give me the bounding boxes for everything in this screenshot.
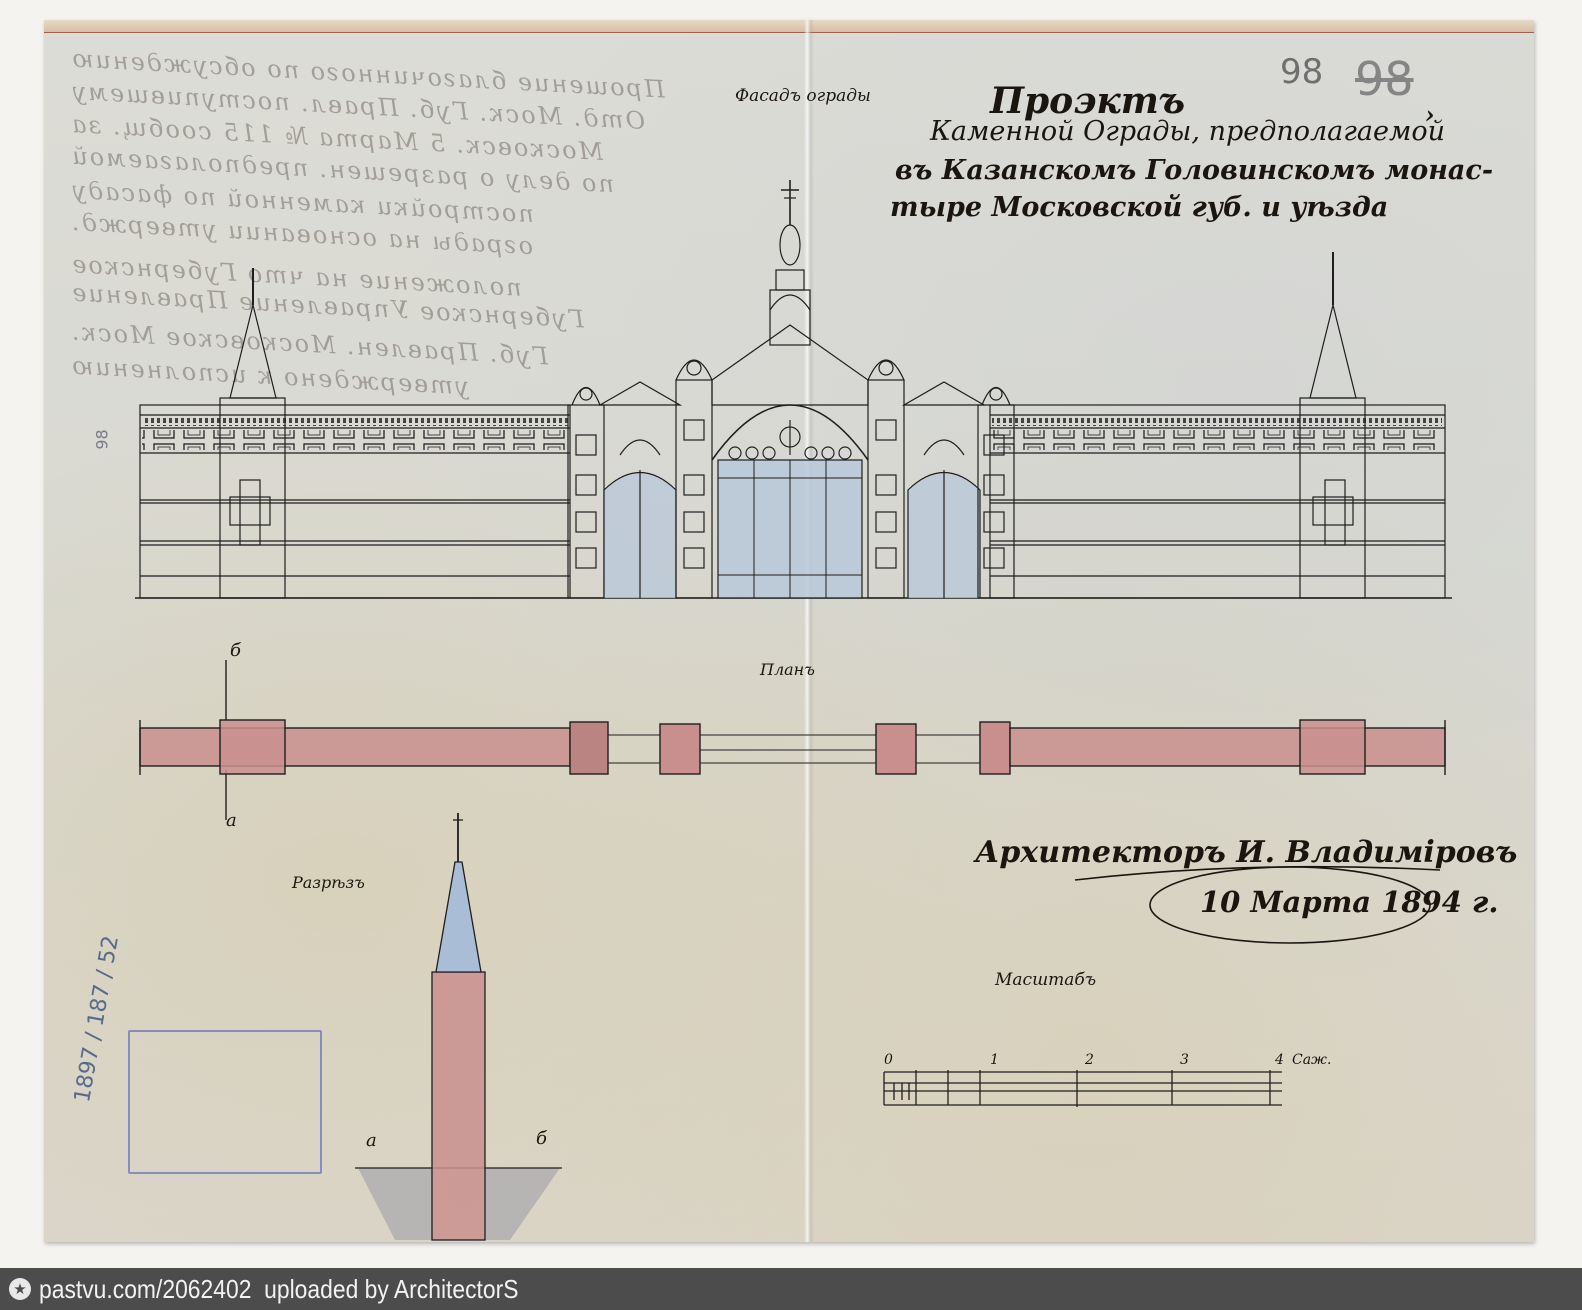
facade-elevation bbox=[135, 180, 1452, 598]
star-icon: ★ bbox=[9, 1278, 31, 1300]
watermark-text[interactable]: pastvu.com/2062402 uploaded by Architect… bbox=[39, 1274, 519, 1305]
architectural-drawings bbox=[0, 0, 1582, 1268]
signature-flourish bbox=[1075, 867, 1440, 943]
scale-bar bbox=[884, 1070, 1282, 1107]
section-drawing bbox=[355, 813, 562, 1240]
plan-drawing bbox=[140, 660, 1445, 820]
watermark-bar: ★ pastvu.com/2062402 uploaded by Archite… bbox=[0, 1268, 1582, 1310]
